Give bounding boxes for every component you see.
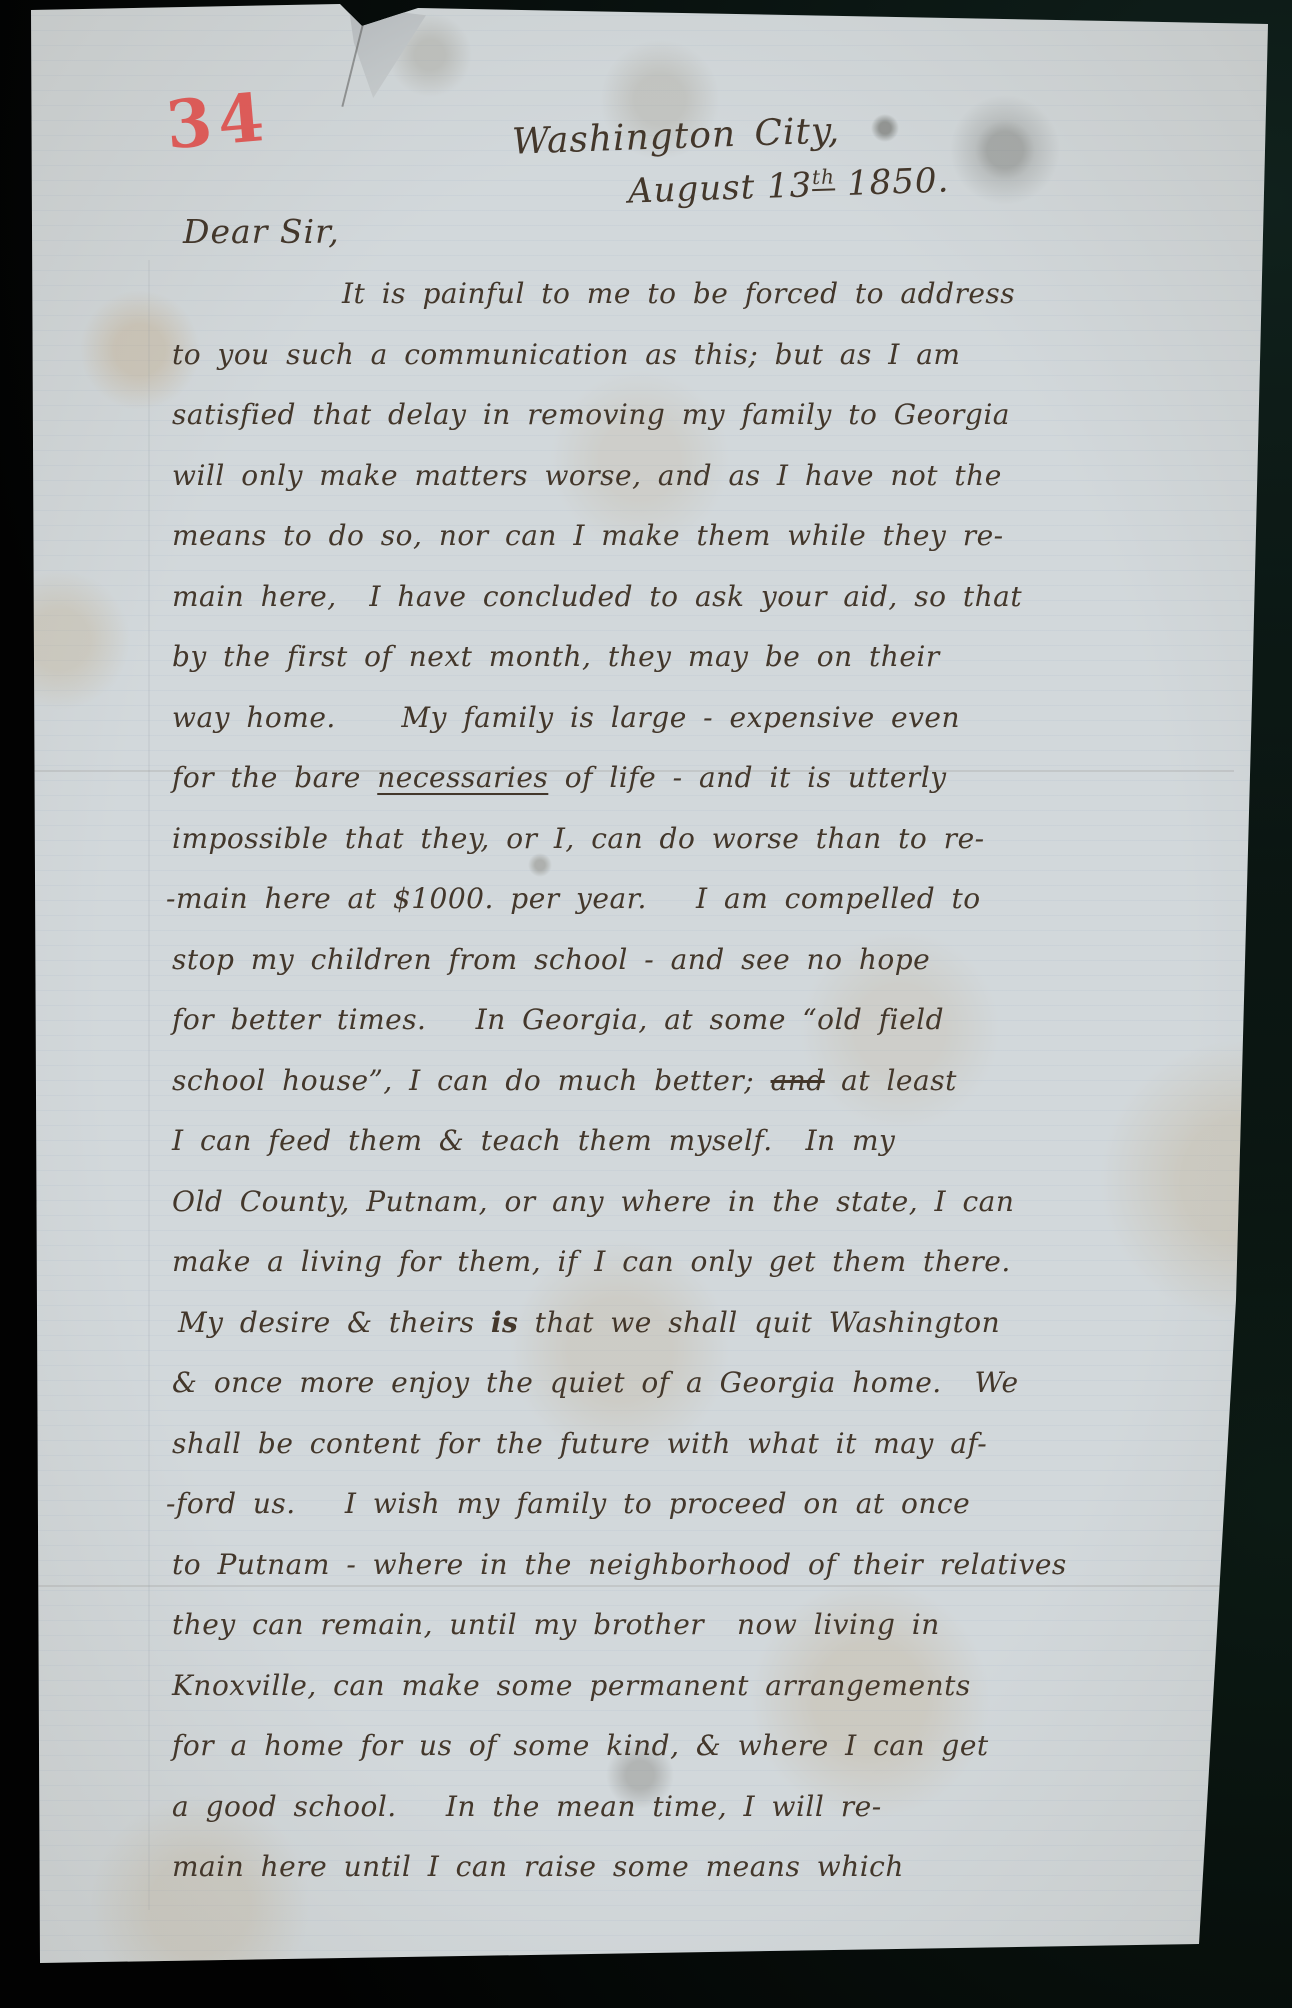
letter-line: & once more enjoy the quiet of a Georgia… <box>172 1353 1092 1414</box>
letter-segment: will only make matters worse, and as I h… <box>172 459 1002 492</box>
letter-line: stop my children from school - and see n… <box>172 930 1092 991</box>
letter-segment: at least <box>825 1064 957 1097</box>
letter-segment: main here, I have concluded to ask your … <box>172 580 1022 613</box>
letter-segment: -main here at $1000. per year. I am comp… <box>166 882 981 915</box>
letter-line: It is painful to me to be forced to addr… <box>342 264 1092 325</box>
letter-line: they can remain, until my brother now li… <box>172 1595 1092 1656</box>
letter-segment: by the first of next month, they may be … <box>172 640 940 673</box>
letter-segment-strike: and <box>771 1064 825 1097</box>
letter-segment: of life - and it is utterly <box>548 761 946 794</box>
letter-segment: to you such a communication as this; but… <box>172 338 960 371</box>
date-prefix: August 13 <box>627 165 813 211</box>
letter-segment: main here until I can raise some means w… <box>172 1850 904 1883</box>
paper-tear <box>338 6 426 98</box>
letter-segment: It is painful to me to be forced to addr… <box>342 277 1015 310</box>
salutation: Dear Sir, <box>183 212 340 251</box>
letter-segment: they can remain, until my brother now li… <box>172 1608 940 1641</box>
letter-line: means to do so, nor can I make them whil… <box>172 506 1092 567</box>
letter-segment: school house”, I can do much better; <box>172 1064 771 1097</box>
letter-segment: make a living for them, if I can only ge… <box>172 1245 1011 1278</box>
scanned-letter: 34 Washington City, August 13th 1850. De… <box>0 0 1292 2008</box>
letter-line: to you such a communication as this; but… <box>172 325 1092 386</box>
letter-line: by the first of next month, they may be … <box>172 627 1092 688</box>
letter-line: for better times. In Georgia, at some “o… <box>172 990 1092 1051</box>
letter-segment: Knoxville, can make some permanent arran… <box>172 1669 971 1702</box>
letter-segment: & once more enjoy the quiet of a Georgia… <box>172 1366 1019 1399</box>
letter-segment: a good school. In the mean time, I will … <box>172 1790 882 1823</box>
letter-line: way home. My family is large - expensive… <box>172 688 1092 749</box>
letter-segment: means to do so, nor can I make them whil… <box>172 519 1004 552</box>
letter-line: -main here at $1000. per year. I am comp… <box>166 869 1092 930</box>
letter-line: -ford us. I wish my family to proceed on… <box>166 1474 1092 1535</box>
letter-segment: My desire & theirs <box>178 1306 491 1339</box>
letter-body: It is painful to me to be forced to addr… <box>172 264 1092 1898</box>
letter-line: main here, I have concluded to ask your … <box>172 567 1092 628</box>
letter-segment: impossible that they, or I, can do worse… <box>172 822 985 855</box>
letter-segment: shall be content for the future with wha… <box>172 1427 987 1460</box>
letter-segment-bold: is <box>491 1306 518 1339</box>
letter-segment: way home. My family is large - expensive… <box>172 701 960 734</box>
letter-line: impossible that they, or I, can do worse… <box>172 809 1092 870</box>
letter-segment: -ford us. I wish my family to proceed on… <box>166 1487 970 1520</box>
letter-line: My desire & theirs is that we shall quit… <box>178 1293 1092 1354</box>
letter-line: Knoxville, can make some permanent arran… <box>172 1656 1092 1717</box>
place-line: Washington City, <box>511 110 840 162</box>
margin-crease <box>148 260 150 1910</box>
letter-line: I can feed them & teach them myself. In … <box>172 1111 1092 1172</box>
letter-page: 34 Washington City, August 13th 1850. De… <box>0 0 1292 2008</box>
letter-line: shall be content for the future with wha… <box>172 1414 1092 1475</box>
page-number: 34 <box>163 78 273 165</box>
letter-line: a good school. In the mean time, I will … <box>172 1777 1092 1838</box>
letter-segment: for a home for us of some kind, & where … <box>172 1729 989 1762</box>
date-line: August 13th 1850. <box>627 160 950 211</box>
date-ordinal: th <box>812 164 836 191</box>
letter-segment: that we shall quit Washington <box>518 1306 1000 1339</box>
letter-segment: for the bare <box>172 761 377 794</box>
letter-line: for a home for us of some kind, & where … <box>172 1716 1092 1777</box>
letter-segment: satisfied that delay in removing my fami… <box>172 398 1010 431</box>
letter-segment-underline: necessaries <box>377 761 548 794</box>
letter-line: for the bare necessaries of life - and i… <box>172 748 1092 809</box>
letter-line: school house”, I can do much better; and… <box>172 1051 1092 1112</box>
letter-line: satisfied that delay in removing my fami… <box>172 385 1092 446</box>
letter-segment: stop my children from school - and see n… <box>172 943 930 976</box>
letter-segment: I can feed them & teach them myself. In … <box>172 1124 895 1157</box>
letter-segment: for better times. In Georgia, at some “o… <box>172 1003 944 1036</box>
letter-line: main here until I can raise some means w… <box>172 1837 1092 1898</box>
letter-segment: to Putnam - where in the neighborhood of… <box>172 1548 1067 1581</box>
letter-line: make a living for them, if I can only ge… <box>172 1232 1092 1293</box>
letter-line: will only make matters worse, and as I h… <box>172 446 1092 507</box>
letter-segment: Old County, Putnam, or any where in the … <box>172 1185 1014 1218</box>
letter-line: to Putnam - where in the neighborhood of… <box>172 1535 1092 1596</box>
letter-line: Old County, Putnam, or any where in the … <box>172 1172 1092 1233</box>
date-suffix: 1850. <box>834 160 949 204</box>
